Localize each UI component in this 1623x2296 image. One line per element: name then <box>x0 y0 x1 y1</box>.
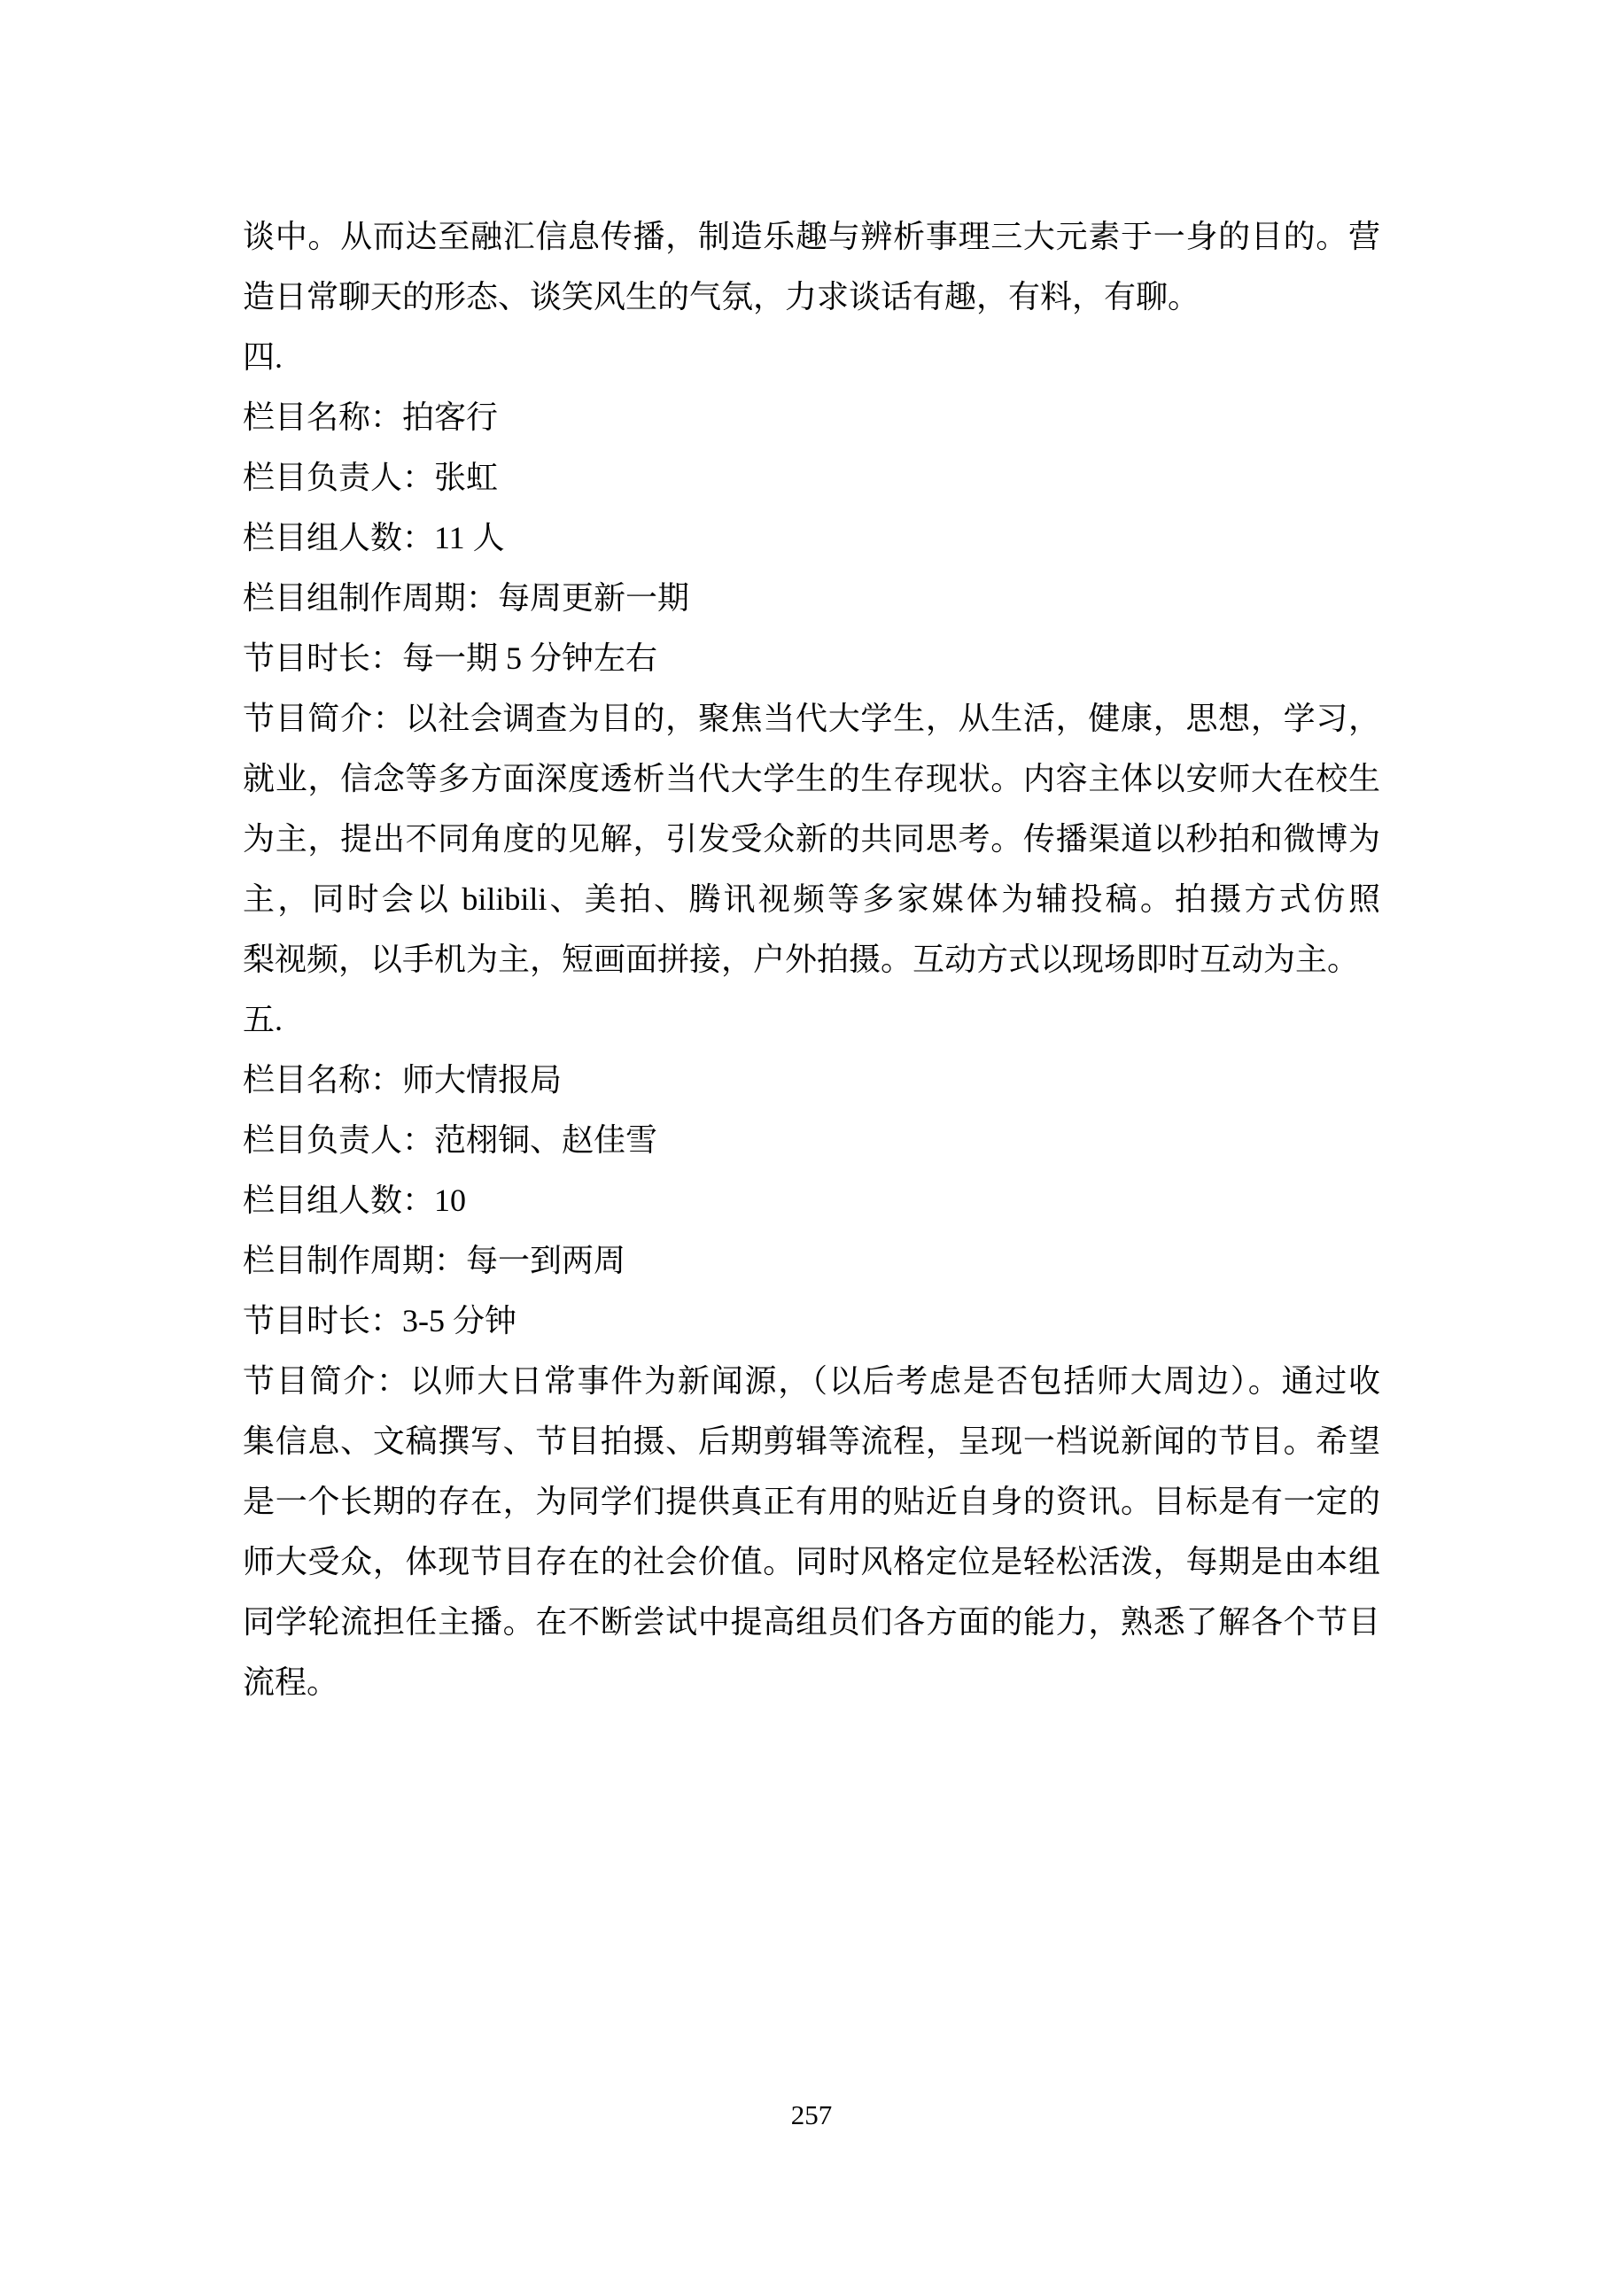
page-number: 257 <box>0 2098 1623 2133</box>
field-program-duration: 节目时长：每一期 5 分钟左右 <box>243 628 1380 688</box>
field-production-cycle: 栏目组制作周期：每周更新一期 <box>243 568 1380 628</box>
document-page: 谈中。从而达至融汇信息传播，制造乐趣与辨析事理三大元素于一身的目的。营 造日常聊… <box>0 0 1623 2296</box>
field-column-leader: 栏目负责人：张虹 <box>243 447 1380 508</box>
text-line: 师大受众，体现节目存在的社会价值。同时风格定位是轻松活泼，每期是由本组 <box>243 1532 1380 1592</box>
text-line: 梨视频，以手机为主，短画面拼接，户外拍摄。互动方式以现场即时互动为主。 <box>243 929 1380 989</box>
field-group-size: 栏目组人数：11 人 <box>243 508 1380 568</box>
field-program-duration: 节目时长：3-5 分钟 <box>243 1291 1380 1351</box>
field-group-size: 栏目组人数：10 <box>243 1170 1380 1230</box>
text-line: 流程。 <box>243 1652 1380 1712</box>
text-line: 是一个长期的存在，为同学们提供真正有用的贴近自身的资讯。目标是有一定的 <box>243 1471 1380 1532</box>
text-line: 节目简介：以师大日常事件为新闻源，（以后考虑是否包括师大周边）。通过收 <box>243 1351 1380 1411</box>
field-column-leader: 栏目负责人：范栩铜、赵佳雪 <box>243 1110 1380 1170</box>
list-item-number: 五. <box>243 989 1380 1050</box>
text-line: 节目简介：以社会调查为目的，聚焦当代大学生，从生活，健康，思想，学习， <box>243 688 1380 749</box>
text-line: 同学轮流担任主播。在不断尝试中提高组员们各方面的能力，熟悉了解各个节目 <box>243 1592 1380 1652</box>
text-line: 主，同时会以 bilibili、美拍、腾讯视频等多家媒体为辅投稿。拍摄方式仿照 <box>243 869 1380 929</box>
text-body: 谈中。从而达至融汇信息传播，制造乐趣与辨析事理三大元素于一身的目的。营 造日常聊… <box>243 206 1380 1712</box>
field-column-name: 栏目名称：拍客行 <box>243 387 1380 447</box>
text-line: 谈中。从而达至融汇信息传播，制造乐趣与辨析事理三大元素于一身的目的。营 <box>243 206 1380 267</box>
field-column-name: 栏目名称：师大情报局 <box>243 1050 1380 1110</box>
text-line: 就业，信念等多方面深度透析当代大学生的生存现状。内容主体以安师大在校生 <box>243 749 1380 809</box>
text-line: 为主，提出不同角度的见解，引发受众新的共同思考。传播渠道以秒拍和微博为 <box>243 809 1380 869</box>
text-line: 造日常聊天的形态、谈笑风生的气氛，力求谈话有趣，有料，有聊。 <box>243 267 1380 327</box>
text-line: 集信息、文稿撰写、节目拍摄、后期剪辑等流程，呈现一档说新闻的节目。希望 <box>243 1411 1380 1471</box>
field-production-cycle: 栏目制作周期：每一到两周 <box>243 1230 1380 1291</box>
list-item-number: 四. <box>243 327 1380 387</box>
